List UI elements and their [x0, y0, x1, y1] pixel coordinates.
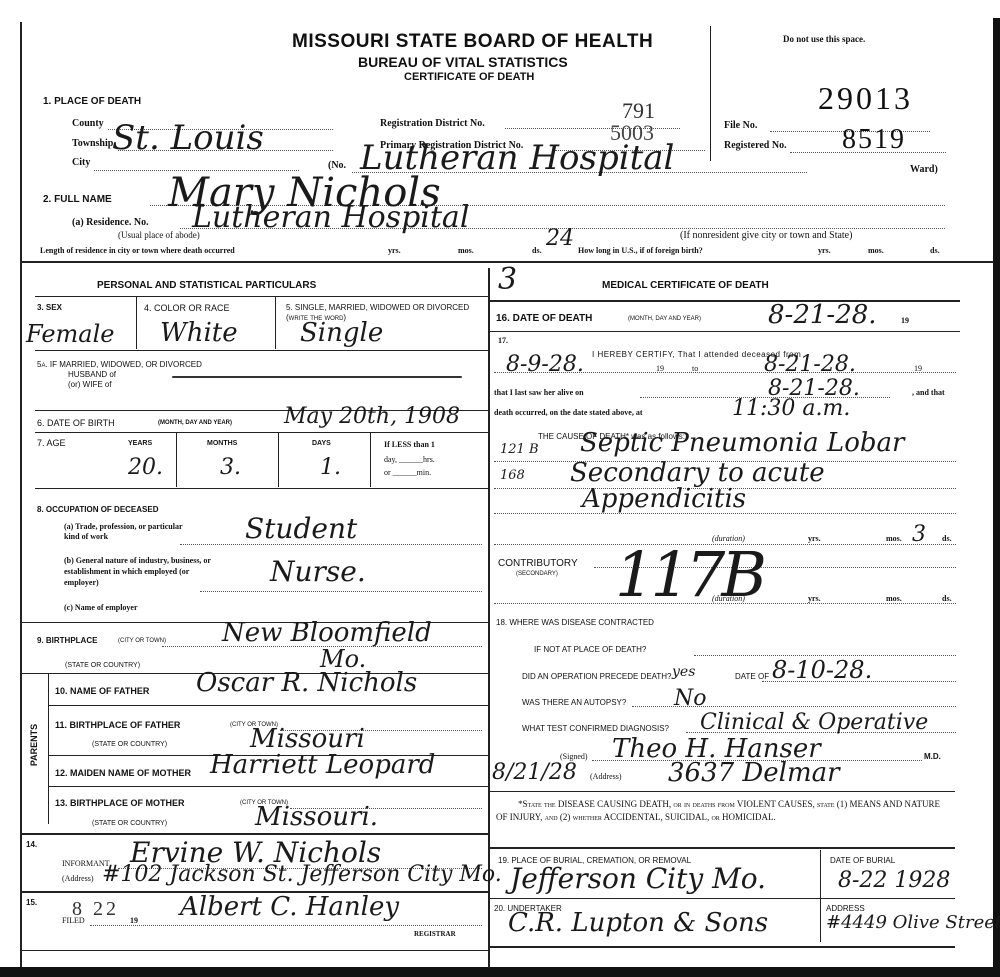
duration-yrs: yrs. — [808, 594, 821, 603]
race-value: White — [160, 318, 238, 348]
informant-address-value: #102 Jackson St. Jefferson City Mo. — [102, 862, 502, 887]
duration-mos: mos. — [886, 594, 902, 603]
operation-date-label: DATE OF — [735, 672, 769, 681]
length-of-residence-label: Length of residence in city or town wher… — [40, 246, 235, 255]
occupation-a-label: (a) Trade, profession, or particular kin… — [64, 522, 194, 542]
occupation-label: 8. OCCUPATION OF DECEASED — [37, 505, 159, 514]
rule — [22, 950, 488, 951]
birthplace-state-label: (STATE OR COUNTRY) — [65, 662, 140, 669]
filed-label: FILED — [62, 916, 85, 925]
residence-value: Lutheran Hospital — [192, 200, 469, 235]
residence-ds-value: 24 — [546, 226, 574, 251]
medical-corner-mark: 3 — [498, 262, 517, 297]
doc-type: CERTIFICATE OF DEATH — [404, 71, 534, 83]
time-of-death-value: 11:30 a.m. — [732, 396, 850, 421]
age-label: 7. AGE — [37, 438, 66, 448]
line — [200, 591, 482, 592]
cause-code-1: 121 B — [500, 442, 539, 457]
duration-mos-value: 3 — [912, 522, 926, 547]
full-name-label: 2. FULL NAME — [43, 194, 112, 205]
township-label: Township — [72, 138, 113, 149]
days-value: 1. — [320, 455, 341, 480]
mother-state-label: (STATE OR COUNTRY) — [92, 820, 167, 827]
file-no-label: File No. — [724, 120, 757, 131]
physician-address-label: (Address) — [590, 772, 622, 781]
contracted-label: 18. WHERE WAS DISEASE CONTRACTED — [496, 618, 654, 627]
residence-label: (a) Residence. No. — [72, 217, 149, 228]
divider — [820, 850, 821, 942]
rule — [35, 350, 488, 351]
certify-number: 17. — [498, 336, 508, 345]
foreign-birth-label: How long in U.S., if of foreign birth? — [578, 246, 703, 255]
contributory-label: CONTRIBUTORY — [498, 558, 578, 569]
spouse-label: 5a. IF MARRIED, WIDOWED, OR DIVORCED — [37, 360, 202, 369]
registrar-signature: Albert C. Hanley — [180, 892, 399, 922]
registered-no-line — [790, 152, 946, 153]
divider — [136, 297, 137, 349]
months-label: MONTHS — [207, 440, 237, 447]
dob-label: 6. DATE OF BIRTH — [37, 418, 115, 428]
residence-ds: ds. — [532, 246, 542, 255]
nineteen: 19 — [656, 364, 664, 373]
rule — [490, 898, 955, 899]
and-that-label: , and that — [912, 388, 945, 397]
cause-code-2: 168 — [500, 468, 525, 483]
duration-ds: ds. — [942, 594, 952, 603]
rule — [35, 432, 488, 433]
filed-number: 15. — [26, 898, 37, 907]
death-occurred-label: death occurred, on the date stated above… — [494, 408, 643, 417]
nonresident-note: (If nonresident give city or town and St… — [680, 230, 852, 241]
date-of-death-label: 16. DATE OF DEATH — [496, 313, 592, 324]
operation-value: yes — [672, 664, 695, 680]
parents-side-label: PARENTS — [29, 715, 39, 775]
rule — [490, 300, 960, 302]
husband-label: HUSBAND of — [68, 370, 116, 379]
rule — [48, 786, 488, 787]
filed-year-label: 19 — [130, 916, 138, 925]
do-not-use-note: Do not use this space. — [783, 34, 865, 44]
dob-sublabel: (MONTH, DAY AND YEAR) — [158, 420, 232, 426]
mother-state-value: Missouri. — [255, 802, 378, 832]
occupation-a-value: Student — [245, 512, 357, 545]
undertaker-value: C.R. Lupton & Sons — [508, 908, 768, 938]
duration-mos: mos. — [886, 534, 902, 543]
autopsy-label: WAS THERE AN AUTOPSY? — [522, 698, 626, 707]
father-label: 10. NAME OF FATHER — [55, 686, 149, 696]
line — [494, 513, 956, 514]
foreign-ds: ds. — [930, 246, 940, 255]
cause-line-3: Appendicitis — [582, 484, 746, 514]
last-saw-label: that I last saw her alive on — [494, 388, 584, 397]
dob-value: May 20th, 1908 — [284, 404, 460, 429]
birthplace-sublabel: (CITY OR TOWN) — [118, 638, 166, 644]
line — [90, 925, 482, 926]
registration-district-label: Registration District No. — [380, 118, 485, 129]
days-label: DAYS — [312, 440, 331, 447]
divider — [278, 433, 279, 487]
operation-date-value: 8-10-28. — [772, 656, 872, 684]
duration-ds: ds. — [942, 534, 952, 543]
birthplace-label: 9. BIRTHPLACE — [37, 636, 97, 645]
nineteen: 19 — [914, 364, 922, 373]
occupation-b-value: Nurse. — [270, 555, 366, 588]
duration-yrs: yrs. — [808, 534, 821, 543]
right-border — [993, 18, 1000, 977]
operation-label: DID AN OPERATION PRECEDE DEATH? — [522, 672, 672, 681]
date-of-death-value: 8-21-28. — [768, 300, 877, 330]
burial-place-value: Jefferson City Mo. — [510, 862, 766, 895]
date-of-death-sublabel: (MONTH, DAY AND YEAR) — [628, 316, 701, 322]
rule — [490, 847, 955, 849]
rule — [490, 946, 955, 948]
duration-label: (duration) — [712, 594, 745, 603]
date-of-death-year: 19 — [901, 316, 909, 325]
test-value: Clinical & Operative — [700, 710, 928, 735]
less-than-label: If LESS than 1 — [384, 440, 435, 449]
sex-value: Female — [26, 320, 115, 348]
rule — [22, 833, 488, 835]
page-title: MISSOURI STATE BOARD OF HEALTH — [292, 31, 653, 53]
autopsy-value: No — [674, 686, 707, 711]
physician-address-value: 3637 Delmar — [668, 758, 840, 788]
county-label: County — [72, 118, 104, 129]
rule — [35, 488, 488, 489]
line — [494, 603, 956, 604]
years-value: 20. — [128, 455, 163, 480]
mother-label: 12. MAIDEN NAME OF MOTHER — [55, 768, 191, 778]
bottom-border — [0, 967, 1000, 977]
attended-from-value: 8-9-28. — [506, 352, 584, 377]
residence-sublabel: (Usual place of abode) — [118, 230, 200, 240]
wife-label: (or) WIFE of — [68, 380, 112, 389]
divider — [370, 433, 371, 487]
registered-no-label: Registered No. — [724, 140, 787, 151]
header-divider — [710, 26, 711, 161]
divider — [176, 433, 177, 487]
medical-heading: MEDICAL CERTIFICATE OF DEATH — [602, 280, 769, 291]
marital-value: Single — [300, 318, 383, 348]
occupation-c-label: (c) Name of employer — [64, 603, 138, 612]
race-label: 4. COLOR OR RACE — [144, 303, 230, 313]
day-hrs: day, ______hrs. — [384, 455, 435, 464]
mother-value: Harriett Leopard — [210, 750, 435, 780]
cause-line-1: Septic Pneumonia Lobar — [580, 428, 904, 458]
sign-date-value: 8/21/28 — [492, 760, 577, 785]
informant-number: 14. — [26, 840, 37, 849]
father-state-label: (STATE OR COUNTRY) — [92, 741, 167, 748]
spouse-blank-stroke — [172, 376, 462, 378]
md-label: M.D. — [924, 752, 941, 761]
burial-date-value: 8-22 1928 — [838, 868, 950, 893]
father-birthplace-label: 11. BIRTHPLACE OF FATHER — [55, 720, 180, 730]
test-label: WHAT TEST CONFIRMED DIAGNOSIS? — [522, 724, 669, 733]
city-label: City — [72, 157, 90, 168]
place-of-death-label: 1. PLACE OF DEATH — [43, 96, 141, 107]
personal-heading: PERSONAL AND STATISTICAL PARTICULARS — [97, 280, 316, 291]
months-value: 3. — [220, 455, 241, 480]
parents-bracket — [48, 674, 49, 824]
occupation-b-label: (b) General nature of industry, business… — [64, 555, 219, 588]
certificate-number: 29013 — [818, 80, 913, 117]
cause-footnote: *State the DISEASE CAUSING DEATH, or in … — [496, 798, 952, 824]
divider — [275, 297, 276, 349]
rule — [490, 331, 960, 332]
to-label: to — [692, 364, 698, 373]
or-min: or ______min. — [384, 468, 431, 477]
sex-label: 3. SEX — [37, 303, 62, 312]
secondary-label: (SECONDARY) — [516, 571, 558, 577]
ward-label: Ward) — [910, 164, 938, 175]
attended-to-value: 8-21-28. — [764, 352, 856, 377]
residence-yrs: yrs. — [388, 246, 401, 255]
foreign-mos: mos. — [868, 246, 884, 255]
birthplace-value: New Bloomfield — [222, 618, 432, 648]
mother-birthplace-label: 13. BIRTHPLACE OF MOTHER — [55, 798, 185, 808]
undertaker-address-value: #4449 Olive Street — [826, 912, 1000, 933]
foreign-yrs: yrs. — [818, 246, 831, 255]
years-label: YEARS — [128, 440, 152, 447]
burial-date-label: DATE OF BURIAL — [830, 856, 895, 865]
city-value: St. Louis — [112, 118, 264, 158]
residence-mos: mos. — [458, 246, 474, 255]
not-at-place-label: IF NOT AT PLACE OF DEATH? — [534, 645, 646, 654]
registrar-label: REGISTRAR — [414, 930, 456, 938]
father-value: Oscar R. Nichols — [196, 668, 417, 698]
rule — [490, 791, 955, 792]
informant-address-label: (Address) — [62, 874, 94, 883]
page-subtitle: BUREAU OF VITAL STATISTICS — [358, 54, 568, 70]
rule — [35, 296, 488, 297]
rule — [48, 705, 488, 706]
